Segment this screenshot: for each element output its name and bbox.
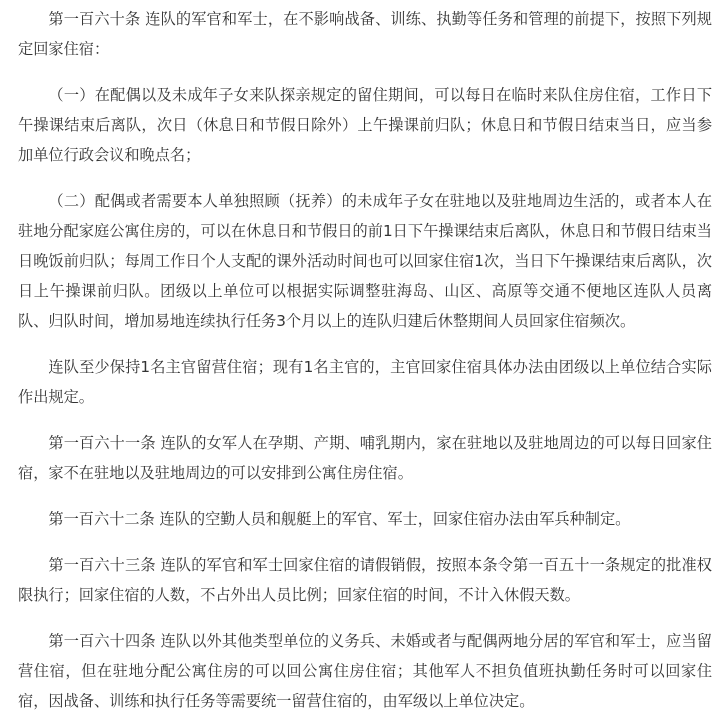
article-160-item-2: （二）配偶或者需要本人单独照顾（抚养）的未成年子女在驻地以及驻地周边生活的，或者… [18, 186, 712, 336]
article-164: 第一百六十四条 连队以外其他类型单位的义务兵、未婚或者与配偶两地分居的军官和军士… [18, 626, 712, 716]
article-163: 第一百六十三条 连队的军官和军士回家住宿的请假销假，按照本条令第一百五十一条规定… [18, 550, 712, 610]
article-160-note: 连队至少保持1名主官留营住宿；现有1名主官的，主官回家住宿具体办法由团级以上单位… [18, 352, 712, 412]
article-161: 第一百六十一条 连队的女军人在孕期、产期、哺乳期内，家在驻地以及驻地周边的可以每… [18, 428, 712, 488]
article-160-item-1: （一）在配偶以及未成年子女来队探亲规定的留住期间，可以每日在临时来队住房住宿，工… [18, 80, 712, 170]
article-160-intro: 第一百六十条 连队的军官和军士，在不影响战备、训练、执勤等任务和管理的前提下，按… [18, 4, 712, 64]
document-body: 第一百六十条 连队的军官和军士，在不影响战备、训练、执勤等任务和管理的前提下，按… [0, 0, 726, 716]
article-162: 第一百六十二条 连队的空勤人员和舰艇上的军官、军士，回家住宿办法由军兵种制定。 [18, 504, 712, 534]
